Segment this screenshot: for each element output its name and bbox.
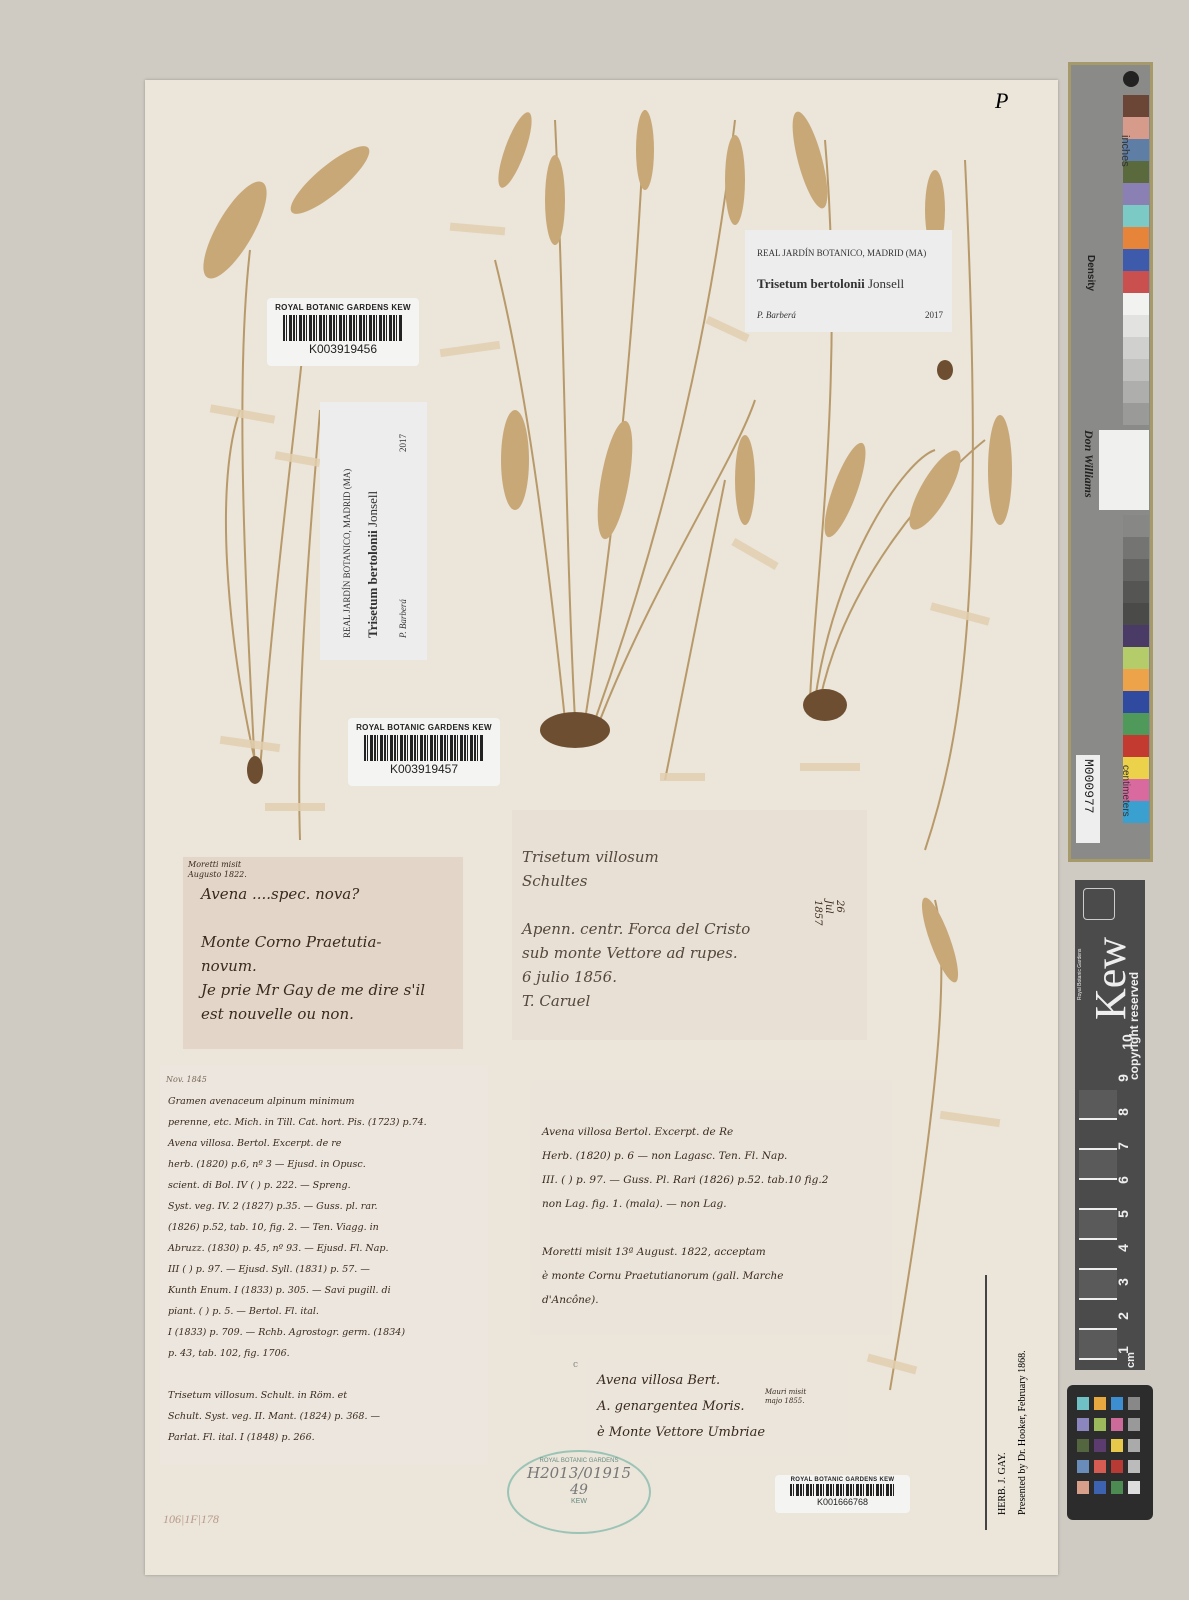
label-year: 2017 bbox=[925, 310, 943, 320]
color-chip bbox=[1094, 1439, 1106, 1452]
color-swatch bbox=[1123, 647, 1149, 669]
herbarium-label: HERB. J. GAY. Presented by Dr. Hooker, F… bbox=[985, 1275, 1045, 1530]
color-checker-card bbox=[1067, 1385, 1153, 1520]
density-scale-inset bbox=[1099, 430, 1149, 510]
barcode-label: ROYAL BOTANIC GARDENS KEW K001666768 bbox=[775, 1475, 910, 1513]
color-swatch bbox=[1123, 381, 1149, 403]
label-institution: REAL JARDÍN BOTANICO, MADRID (MA) bbox=[342, 469, 352, 638]
color-swatch bbox=[1123, 271, 1149, 293]
color-chip bbox=[1128, 1418, 1140, 1431]
color-swatch bbox=[1123, 293, 1149, 315]
copyright-text: copyright reserved bbox=[1127, 972, 1141, 1080]
handwritten-note-avena-villosa: Avena villosa Bertol. Excerpt. de Re Her… bbox=[530, 1080, 892, 1335]
color-chip bbox=[1077, 1481, 1089, 1494]
color-calibration-ruler: inches Density Don Williams M000977 cent… bbox=[1068, 62, 1153, 862]
barcode-label: ROYAL BOTANIC GARDENS KEW K003919456 bbox=[267, 298, 419, 366]
herbarium-sheet: P bbox=[145, 80, 1058, 1575]
label-determiner: P. Barberá bbox=[757, 310, 796, 320]
label-taxon: Trisetum bertolonii Jonsell bbox=[757, 276, 904, 292]
barcode-icon bbox=[283, 315, 403, 341]
color-swatch bbox=[1123, 205, 1149, 227]
determination-label-vertical: REAL JARDÍN BOTANICO, MADRID (MA) Triset… bbox=[320, 402, 427, 660]
color-swatch bbox=[1123, 183, 1149, 205]
handwritten-note-moretti: Moretti misit Augusto 1822. Avena ....sp… bbox=[183, 857, 463, 1049]
handwritten-note-nov-1845: Nov. 1845 Gramen avenaceum alpinum minim… bbox=[160, 1065, 488, 1465]
color-swatch bbox=[1123, 227, 1149, 249]
color-swatch bbox=[1123, 515, 1149, 537]
sheet-number: 106|1F|178 bbox=[163, 1512, 219, 1527]
color-swatch bbox=[1123, 95, 1149, 117]
barcode-label: ROYAL BOTANIC GARDENS KEW K003919457 bbox=[348, 718, 500, 786]
barcode-number: K003919457 bbox=[348, 762, 500, 776]
color-chip bbox=[1111, 1481, 1123, 1494]
color-chip bbox=[1128, 1439, 1140, 1452]
barcode-icon bbox=[790, 1484, 895, 1496]
color-swatch bbox=[1123, 735, 1149, 757]
mounting-tape bbox=[265, 803, 325, 811]
color-chip bbox=[1111, 1439, 1123, 1452]
color-swatch bbox=[1123, 625, 1149, 647]
determination-label: REAL JARDÍN BOTANICO, MADRID (MA) Triset… bbox=[745, 230, 952, 332]
color-chip bbox=[1077, 1418, 1089, 1431]
date-annotation: 26 Jul 1857 bbox=[812, 900, 845, 925]
color-swatch bbox=[1123, 581, 1149, 603]
color-swatch bbox=[1123, 713, 1149, 735]
color-swatch bbox=[1123, 603, 1149, 625]
barcode-number: K003919456 bbox=[267, 342, 419, 356]
label-year: 2017 bbox=[398, 434, 408, 452]
color-swatch bbox=[1123, 315, 1149, 337]
color-chip bbox=[1111, 1397, 1123, 1410]
color-swatch bbox=[1123, 537, 1149, 559]
mounting-tape bbox=[800, 763, 860, 771]
color-chip bbox=[1077, 1397, 1089, 1410]
color-chip bbox=[1094, 1418, 1106, 1431]
color-chip bbox=[1077, 1439, 1089, 1452]
ruler-id-tag: M000977 bbox=[1076, 755, 1100, 843]
color-swatch bbox=[1123, 669, 1149, 691]
label-taxon: Trisetum bertolonii Jonsell bbox=[365, 491, 381, 638]
color-chip bbox=[1111, 1418, 1123, 1431]
barcode-number: K001666768 bbox=[775, 1497, 910, 1507]
color-chip bbox=[1094, 1460, 1106, 1473]
color-swatch bbox=[1123, 559, 1149, 581]
herbarium-name: HERB. J. GAY. bbox=[997, 1452, 1008, 1515]
handwritten-note-genargentea: c Avena villosa Bert. A. genargentea Mor… bbox=[585, 1358, 847, 1456]
donation-text: Presented by Dr. Hooker, February 1868. bbox=[1017, 1350, 1028, 1515]
color-chip bbox=[1128, 1481, 1140, 1494]
color-swatch bbox=[1123, 337, 1149, 359]
color-swatch bbox=[1123, 359, 1149, 381]
color-chip bbox=[1077, 1460, 1089, 1473]
handwritten-note-caruel: Trisetum villosum Schultes Apenn. centr.… bbox=[512, 810, 867, 1040]
kew-accession-stamp: ROYAL BOTANIC GARDENS H2013/01915 49 KEW bbox=[507, 1450, 651, 1534]
color-swatch bbox=[1123, 403, 1149, 425]
label-determiner: P. Barberá bbox=[398, 599, 408, 638]
barcode-icon bbox=[364, 735, 484, 761]
color-chip bbox=[1094, 1481, 1106, 1494]
color-swatch bbox=[1123, 249, 1149, 271]
color-chip bbox=[1128, 1397, 1140, 1410]
color-chip bbox=[1128, 1460, 1140, 1473]
label-institution: REAL JARDÍN BOTANICO, MADRID (MA) bbox=[757, 248, 926, 258]
color-chip bbox=[1094, 1397, 1106, 1410]
royal-crest-icon bbox=[1083, 888, 1115, 920]
mounting-tape bbox=[660, 773, 705, 781]
registration-dot-icon bbox=[1123, 71, 1139, 87]
color-swatch bbox=[1123, 691, 1149, 713]
kew-scale-bar: Kew Royal Botanic Gardens copyright rese… bbox=[1075, 880, 1145, 1370]
color-chip bbox=[1111, 1460, 1123, 1473]
